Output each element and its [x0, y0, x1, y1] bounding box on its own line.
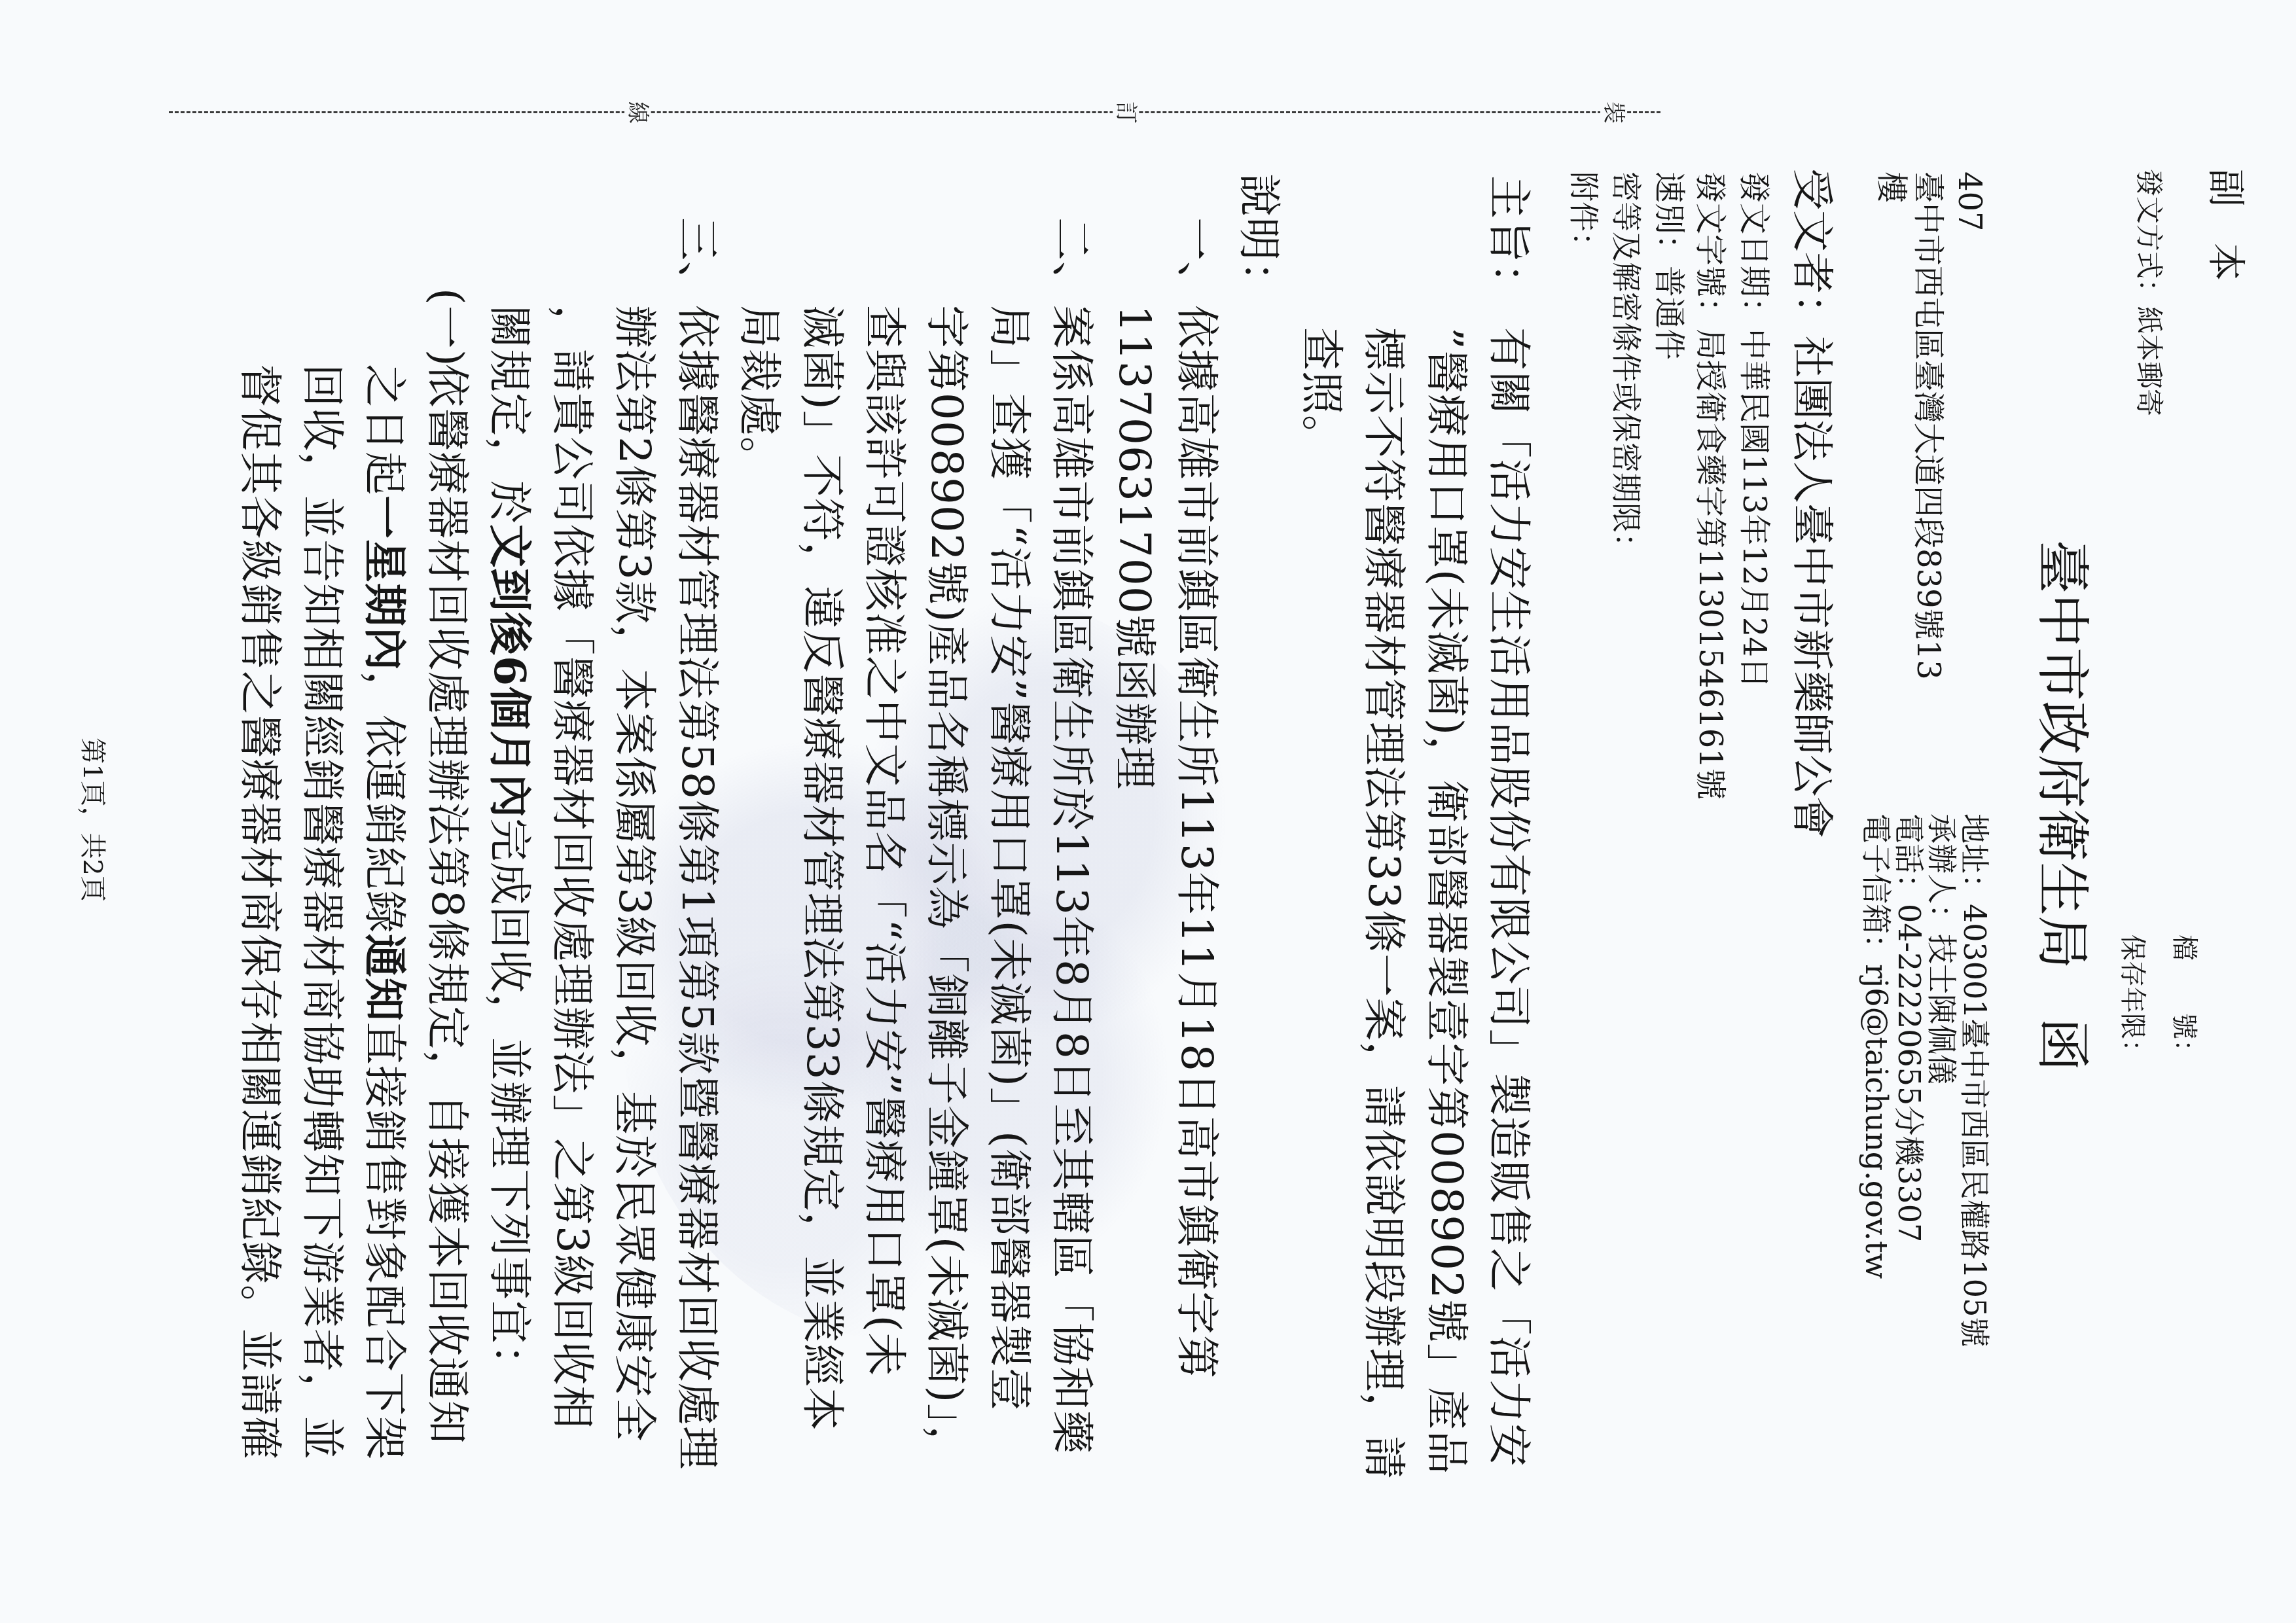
classification: 密等及解密條件或保密期限： [1611, 171, 1641, 563]
line-text: 11370631700號函辦理 [1109, 305, 1160, 790]
binding-dashed-line [169, 111, 1660, 113]
line-text: 滅菌)」不符，違反醫療器材管理法第33條規定，並業經本 [797, 305, 848, 1431]
recipient: 受文者：社團法人臺中市新藥師公會 [1791, 168, 1833, 838]
item-marker: 二、 [1050, 217, 1093, 305]
line-text: 局」查獲「“活力安”醫療用口罩(未滅菌)」(衛部醫器製壹 [984, 305, 1035, 1412]
item-marker: 一、 [1175, 217, 1218, 305]
line-text: 字第008902號)產品名稱標示為「銅離子金鐘罩(未滅菌)」， [922, 305, 972, 1469]
line-text: 關規定，於 [484, 305, 535, 524]
retention-period-label: 保存年限： [2119, 935, 2145, 1065]
line-text: 直接銷售對象配合下架 [359, 1022, 410, 1460]
subject-label: 主旨： [1487, 175, 1530, 327]
subject-line: ”醫療用口罩(未滅菌)，衛部醫器製壹字第008902號」產品 [1425, 327, 1468, 1474]
explanation-item-3-line: 三、依據醫療器材管理法第58條第1項第5款暨醫療器材回收處理 [675, 217, 719, 1470]
subject-text: 有關「活力安生活用品股份有限公司」製造販售之「活力安 [1484, 327, 1534, 1467]
line-text: 督促其各級銷售之醫療器材商保存相關運銷紀錄。並請確 [235, 364, 285, 1460]
emphasis-notify: 通知 [359, 934, 410, 1022]
explanation-item-3-line: 辦法第2條第3款，本案係屬第3級回收，基於民眾健康安全 [613, 305, 656, 1442]
agency-title: 臺中市政府衛生局 [2035, 540, 2089, 969]
line-text: 回收，並告知相關經銷醫療器材商協助轉知下游業者，並 [297, 364, 348, 1460]
emphasis-deadline: 文到後6個月內 [484, 524, 535, 818]
contact-address: 地址：403001臺中市西區民權路105號 [1960, 813, 1990, 1347]
subject-line: 查照。 [1300, 327, 1343, 459]
explanation-item-3-line: ，請貴公司依據「醫療器材回收處理辦法」之第3級回收相 [550, 305, 594, 1429]
explanation-item-1-line: 11370631700號函辦理 [1113, 305, 1156, 790]
subitem-marker: (一) [425, 288, 469, 364]
line-text: 之日起 [359, 364, 410, 495]
line-text: ，請貴公司依據「醫療器材回收處理辦法」之第3級回收相 [547, 305, 598, 1429]
speed-class: 速別：普通件 [1653, 171, 1685, 360]
file-number-label: 檔 號： [2171, 935, 2197, 1065]
recipient-postal-code: 407 [1954, 171, 1985, 232]
line-text: 完成回收，並辦理下列事宜： [484, 818, 535, 1388]
line-text: 辦法第2條第3款，本案係屬第3級回收，基於民眾健康安全 [609, 305, 660, 1442]
binding-label-zhuang: 裝 [1600, 99, 1626, 126]
explanation-item-2-line: 字第008902號)產品名稱標示為「銅離子金鐘罩(未滅菌)」， [925, 305, 968, 1469]
line-text: 依據醫療器材管理法第58條第1項第5款暨醫療器材回收處理 [672, 305, 723, 1470]
subitem-1-line: 督促其各級銷售之醫療器材商保存相關運銷紀錄。並請確 [238, 364, 281, 1460]
line-text: 依據高雄市前鎮區衛生所113年11月18日高市鎮衛字第 [1172, 305, 1222, 1379]
explanation-item-2-line: 滅菌)」不符，違反醫療器材管理法第33條規定，並業經本 [800, 305, 844, 1431]
page-indicator: 第1頁，共2頁 [79, 738, 105, 902]
line-text: 局裁處。 [734, 305, 785, 480]
subitem-1-line: 回收，並告知相關經銷醫療器材商協助轉知下游業者，並 [300, 364, 344, 1460]
subject-line: 主旨：有關「活力安生活用品股份有限公司」製造販售之「活力安 [1487, 175, 1530, 1467]
emphasis-one-week: 一星期內 [359, 495, 410, 671]
explanation-item-3-line: 關規定，於文到後6個月內完成回收，並辦理下列事宜： [488, 305, 531, 1388]
explanation-label: 說明： [1237, 173, 1280, 305]
subitem-1-line: (一)依醫療器材回收處理辦法第8條規定，自接獲本回收通知 [425, 288, 469, 1444]
document-number: 發文字號：局授衛食藥字第11301546161號 [1695, 171, 1726, 800]
contact-handler: 承辦人：技士陳佩儀 [1927, 813, 1957, 1084]
binding-label-xian: 線 [624, 99, 651, 126]
explanation-item-2-line: 查與該許可證核准之中文品名「“活力安”醫療用口罩(未 [863, 305, 906, 1376]
copy-mark: 副本 [2207, 169, 2245, 317]
contact-phone: 電話：04-22220655分機3307 [1894, 813, 1924, 1242]
line-text: 依醫療器材回收處理辦法第8條規定，自接獲本回收通知 [422, 364, 473, 1444]
subject-line: 標示不符醫療器材管理法第33條一案，請依說明段辦理，請 [1362, 327, 1405, 1480]
issue-date: 發文日期：中華民國113年12月24日 [1738, 171, 1770, 688]
recipient-address-line-1: 臺中市西屯區臺灣大道四段839號13 [1912, 171, 1944, 680]
subitem-1-line: 之日起一星期內，依運銷紀錄通知直接銷售對象配合下架 [363, 364, 406, 1460]
contact-email: 電子信箱：rj6@taichung.gov.tw [1861, 813, 1892, 1279]
explanation-item-2-line: 局裁處。 [738, 305, 781, 480]
line-text: 案係高雄市前鎮區衛生所於113年8月8日至其轄區「協和藥 [1047, 305, 1097, 1454]
explanation-item-1-line: 一、依據高雄市前鎮區衛生所113年11月18日高市鎮衛字第 [1175, 217, 1218, 1379]
line-text: 查與該許可證核准之中文品名「“活力安”醫療用口罩(未 [859, 305, 910, 1376]
dispatch-method: 發文方式：紙本郵寄 [2135, 169, 2162, 416]
attachments: 附件： [1569, 171, 1599, 262]
line-text: ，依運銷紀錄 [359, 671, 410, 934]
document-type: 函 [2035, 1018, 2089, 1071]
binding-label-ding: 訂 [1113, 99, 1139, 126]
recipient-address-line-2: 樓 [1876, 171, 1907, 203]
document-page: 裝 訂 線 副本 檔 號： 發文方式：紙本郵寄 保存年限： 臺中市政府衛生局 函… [0, 0, 2296, 1623]
item-marker: 三、 [675, 217, 719, 305]
explanation-item-2-line: 局」查獲「“活力安”醫療用口罩(未滅菌)」(衛部醫器製壹 [988, 305, 1031, 1412]
explanation-item-2-line: 二、案係高雄市前鎮區衛生所於113年8月8日至其轄區「協和藥 [1050, 217, 1093, 1454]
